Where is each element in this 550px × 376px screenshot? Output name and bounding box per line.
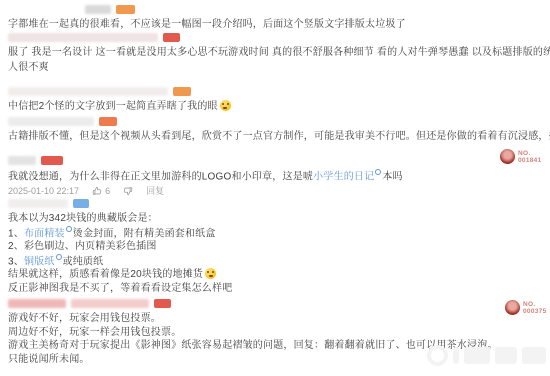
username-redacted[interactable] — [8, 199, 68, 208]
comment-text-line: 3、铜版纸或纯质纸 — [8, 254, 544, 268]
username-redacted[interactable] — [85, 5, 111, 14]
watermark-glyph — [453, 347, 459, 364]
comment-text: 字都堆在一起真的很难看，不应该是一幅图一段介绍吗，后面这个竖版文字排版太垃圾了 — [8, 19, 406, 30]
comment-text-line: 1、布面精装烫金封面，附有精美函套和纸盒 — [8, 226, 544, 240]
comment-body: 我本以为342块钱的典藏版会是：1、布面精装烫金封面，附有精美函套和纸盒2、彩色… — [8, 212, 544, 296]
comment-5: 我就没想通，为什么非得在正文里加游科的LOGO和小印章，这是唬小学生的日记本吗 — [8, 155, 544, 183]
term-lookup-icon[interactable] — [375, 169, 381, 175]
serial-number: NO. 000375 — [523, 301, 547, 315]
comment-meta-row: 2025-01-10 22:17 6 回复 — [8, 184, 164, 197]
comment-text: 服了 我是一名设计 这一看就是没用太多心思不玩游戏时间 真的很不舒服各种细节 看… — [8, 47, 550, 58]
comment-header — [8, 298, 544, 309]
term-link[interactable]: 小学生的日记 — [313, 171, 374, 182]
comment-body: 服了 我是一名设计 这一看就是没用太多心思不玩游戏时间 真的很不舒服各种细节 看… — [8, 46, 544, 76]
comment-text: 1、 — [8, 228, 24, 239]
username-redacted[interactable] — [8, 156, 36, 165]
comment-text-line: 字都堆在一起真的很难看，不应该是一幅图一段介绍吗，后面这个竖版文字排版太垃圾了 — [8, 18, 544, 32]
comment-text-line: 人很不爽 — [8, 61, 544, 76]
dislike-group[interactable] — [123, 186, 133, 196]
comment-text-line: 我就没想通，为什么非得在正文里加游科的LOGO和小印章，这是唬小学生的日记本吗 — [8, 169, 544, 183]
serial-number: NO. 001841 — [518, 150, 542, 164]
username-redacted[interactable] — [8, 117, 94, 126]
comment-body: 古籍排版不懂，但是这个视频从头看到尾，欣赏不了一点官方制作，可能是我审美不行吧。… — [8, 130, 544, 144]
comment-timestamp: 2025-01-10 22:17 — [8, 186, 79, 196]
comment-text: 周边好不好，玩家一样会用钱包投票。 — [8, 327, 181, 338]
user-level-badge — [41, 156, 63, 165]
comment-header — [8, 86, 544, 97]
comment-text-line: 2、彩色刷边、内页精美彩色插图 — [8, 240, 544, 254]
term-lookup-icon[interactable] — [56, 254, 62, 260]
comment-text-line: 结果就这样，质感看着像是20块钱的地摊货 — [8, 268, 544, 282]
monkey-avatar-icon — [505, 300, 520, 315]
serial-digits: 001841 — [518, 157, 542, 164]
comment-text: 古籍排版不懂，但是这个视频从头看到尾，欣赏不了一点官方制作，可能是我审美不行吧。… — [8, 131, 550, 142]
serial-prefix: NO. — [523, 301, 535, 308]
watermark — [427, 345, 546, 366]
user-level-badge — [73, 199, 89, 208]
comment-text: 我本以为342块钱的典藏版会是： — [8, 213, 158, 224]
comment-text: 结果就这样，质感看着像是20块钱的地摊货 — [8, 269, 203, 280]
comment-text: 反正影神图我是不买了，等着看看设定集怎么样吧 — [8, 283, 232, 294]
comment-text: 游戏主美杨奇对于玩家提出《影神图》纸张容易起褶皱的问题，回复：翻着翻着就旧了、也… — [8, 340, 498, 351]
serial-prefix: NO. — [518, 150, 530, 157]
comment-6: 我本以为342块钱的典藏版会是：1、布面精装烫金封面，附有精美函套和纸盒2、彩色… — [8, 198, 544, 296]
term-lookup-icon[interactable] — [66, 226, 72, 232]
serial-stamp-2: NO. 000375 — [505, 300, 547, 315]
user-level-badge — [173, 87, 191, 96]
comment-header — [8, 198, 544, 209]
comment-header — [8, 155, 544, 166]
serial-digits: 000375 — [523, 308, 547, 315]
comment-body: 字都堆在一起真的很难看，不应该是一幅图一段介绍吗，后面这个竖版文字排版太垃圾了 — [8, 18, 544, 32]
like-count: 6 — [105, 186, 110, 196]
comment-2: 服了 我是一名设计 这一看就是没用太多心思不玩游戏时间 真的很不舒服各种细节 看… — [8, 32, 544, 76]
comment-text-line: 我本以为342块钱的典藏版会是： — [8, 212, 544, 226]
comment-header — [8, 116, 544, 127]
comment-text-line: 中信把2个怪的文字放到一起简直弄瞎了我的眼 — [8, 100, 544, 114]
watermark-glyph — [522, 347, 546, 364]
comment-text: 本吗 — [382, 171, 402, 182]
username-redacted[interactable] — [8, 87, 168, 96]
like-group[interactable]: 6 — [92, 186, 110, 196]
thumbs-down-icon[interactable] — [123, 186, 133, 196]
comment-text: 游戏好不好，玩家会用钱包投票。 — [8, 313, 161, 324]
watermark-glyph — [464, 347, 490, 364]
comment-header — [85, 4, 544, 15]
smirk-face-emoji — [205, 268, 216, 279]
comment-header — [8, 32, 544, 43]
comment-text: 或纯质纸 — [63, 256, 104, 267]
comment-text: 我就没想通，为什么非得在正文里加游科的LOGO和小印章，这是唬 — [8, 171, 313, 182]
username-redacted[interactable] — [8, 299, 66, 308]
comment-body: 我就没想通，为什么非得在正文里加游科的LOGO和小印章，这是唬小学生的日记本吗 — [8, 169, 544, 183]
comment-text: 3、 — [8, 256, 24, 267]
comment-text: 中信把2个怪的文字放到一起简直弄瞎了我的眼 — [8, 101, 218, 112]
user-level-badge — [154, 299, 171, 308]
monkey-avatar-icon — [500, 149, 515, 164]
term-link[interactable]: 布面精装 — [24, 228, 65, 239]
term-link[interactable]: 铜版纸 — [24, 256, 55, 267]
comment-body: 中信把2个怪的文字放到一起简直弄瞎了我的眼 — [8, 100, 544, 114]
comment-text: 人很不爽 — [8, 62, 49, 73]
thumbs-up-icon[interactable] — [92, 186, 102, 196]
user-level-badge — [99, 117, 117, 126]
username-redacted[interactable] — [71, 299, 149, 308]
comment-text-line: 古籍排版不懂，但是这个视频从头看到尾，欣赏不了一点官方制作，可能是我审美不行吧。… — [8, 130, 544, 144]
comment-3: 中信把2个怪的文字放到一起简直弄瞎了我的眼 — [8, 86, 544, 114]
comment-1: 字都堆在一起真的很难看，不应该是一幅图一段介绍吗，后面这个竖版文字排版太垃圾了 — [8, 4, 544, 32]
username-redacted[interactable] — [8, 33, 158, 42]
comment-text: 烫金封面，附有精美函套和纸盒 — [73, 228, 216, 239]
watermark-logo-icon — [427, 345, 448, 366]
serial-stamp-1: NO. 001841 — [500, 149, 542, 164]
comment-text-line: 服了 我是一名设计 这一看就是没用太多心思不玩游戏时间 真的很不舒服各种细节 看… — [8, 46, 544, 61]
comment-text: 2、彩色刷边、内页精美彩色插图 — [8, 241, 157, 252]
comment-text-line: 周边好不好，玩家一样会用钱包投票。 — [8, 326, 544, 340]
reply-button[interactable]: 回复 — [146, 184, 164, 197]
user-level-badge — [163, 33, 180, 42]
comment-text-line: 游戏好不好，玩家会用钱包投票。 — [8, 312, 544, 326]
comment-text-line: 反正影神图我是不买了，等着看看设定集怎么样吧 — [8, 282, 544, 296]
comment-4: 古籍排版不懂，但是这个视频从头看到尾，欣赏不了一点官方制作，可能是我审美不行吧。… — [8, 116, 544, 144]
comment-text: 只能说闻所未闻。 — [8, 354, 90, 365]
user-level-badge — [116, 5, 135, 14]
dizzy-face-emoji — [220, 100, 231, 111]
watermark-glyph — [495, 347, 517, 364]
